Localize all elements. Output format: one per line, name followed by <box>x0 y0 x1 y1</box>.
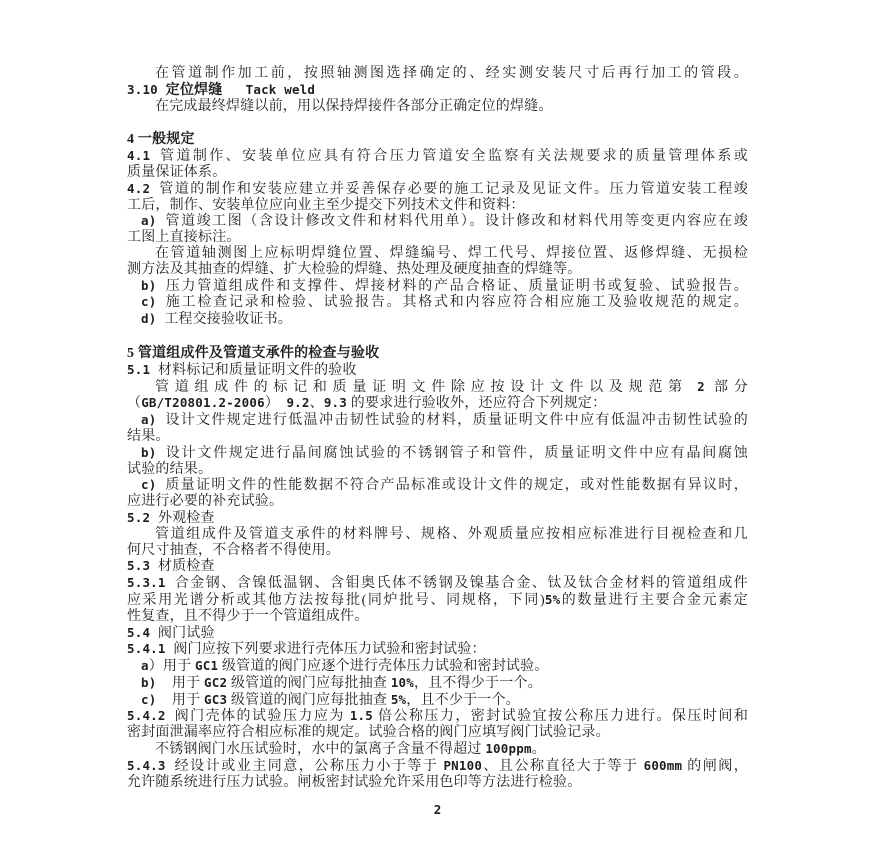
cjk-text: ，且不少于一个。 <box>406 693 520 708</box>
cjk-text: 级管道的阀门应每批抽查 <box>227 676 391 691</box>
text-line: 工后，制作、安装单位应向业主至少提交下列技术文件和资料： <box>127 198 748 214</box>
cjk-text: 部分 <box>705 380 748 395</box>
document-body: 在管道制作加工前，按照轴测图选择确定的、经实测安装尺寸后再行加工的管段。3.10… <box>127 66 748 817</box>
ascii-text: 600mm <box>644 758 683 773</box>
cjk-text: 在完成最终焊缝以前，用以保持焊接件各部分正确定位的焊缝。 <box>155 99 553 114</box>
text-line: 管道组成件及管道支承件的材料牌号、规格、外观质量应按相应标准进行目视检查和几 <box>127 527 748 543</box>
ascii-text: 5.4.1 <box>127 641 173 656</box>
ascii-text: b) <box>141 445 166 460</box>
ascii-text: 4.2 <box>127 181 159 196</box>
cjk-text: 。 <box>532 742 546 757</box>
page-number: 2 <box>127 802 748 817</box>
cjk-text: （ <box>127 396 141 411</box>
text-line: b) 压力管道组成件和支撑件、焊接材料的产品合格证、质量证明书或复验、试验报告。 <box>127 278 748 295</box>
ascii-text: Tack weld <box>222 82 315 97</box>
ascii-text: 5.3 <box>127 558 158 573</box>
cjk-text: 的闸阀， <box>682 759 748 774</box>
text-line: 5.4.3 经设计或业主同意，公称压力小于等于 PN100、且公称直径大于等于 … <box>127 758 748 775</box>
cjk-text: 的数量进行主要合金元素定 <box>560 593 748 608</box>
cjk-text: 、 <box>310 396 324 411</box>
text-line: 5.4.1 阀门应按下列要求进行壳体压力试验和密封试验： <box>127 641 748 658</box>
text-line: a) 管道竣工图（含设计修改文件和材料代用单）。设计修改和材料代用等变更内容应在… <box>127 213 748 230</box>
ascii-text: d) <box>141 311 164 326</box>
cjk-text: 阀门应按下列要求进行壳体压力试验和密封试验： <box>173 642 485 657</box>
ascii-text: GC2 <box>204 675 227 690</box>
text-line: c) 用于 GC3 级管道的阀门应每批抽查 5%，且不少于一个。 <box>127 692 748 709</box>
ascii-text: 2 <box>697 379 705 394</box>
text-line: 5.4 阀门试验 <box>127 625 748 642</box>
text-line: 性复查，且不得少于一个管道组成件。 <box>127 609 748 625</box>
ascii-text: 5.4.3 <box>127 758 175 773</box>
cjk-text: 定位焊缝 <box>166 83 223 98</box>
ascii-text: 5.1 <box>127 362 158 377</box>
cjk-text: ，且不得少于一个。 <box>414 676 542 691</box>
ascii-text: a) <box>141 213 166 228</box>
cjk-text: 应进行必要的补充试验。 <box>127 494 283 509</box>
ascii-text: b) <box>141 675 172 690</box>
cjk-text: 级管道的阀门应每批抽查 <box>227 693 391 708</box>
cjk-text: 结果。 <box>127 429 170 444</box>
text-line: （GB/T20801.2-2006） 9.2、9.3 的要求进行验收外，还应符合… <box>127 395 748 412</box>
text-line: 不锈钢阀门水压试验时，水中的氯离子含量不得超过 100ppm。 <box>127 741 748 758</box>
ascii-text: 10% <box>391 675 414 690</box>
text-line: 5.3 材质检查 <box>127 558 748 575</box>
cjk-text: 管道制作、安装单位应具有符合压力管道安全监察有关法规要求的质量管理体系或 <box>160 149 748 164</box>
text-line: a) 设计文件规定进行低温冲击韧性试验的材料，质量证明文件中应有低温冲击韧性试验… <box>127 412 748 429</box>
cjk-text: 材料标记和质量证明文件的验收 <box>158 363 357 378</box>
ascii-text: 1.5 <box>350 708 373 723</box>
cjk-text: 管道竣工图（含设计修改文件和材料代用单）。设计修改和材料代用等变更内容应在竣 <box>166 214 748 229</box>
ascii-text: c) <box>141 692 172 707</box>
text-line: 5.3.1 合金钢、含镍低温钢、含钼奥氏体不锈钢及镍基合金、钛及钛合金材料的管道… <box>127 575 748 592</box>
text-line: a）用于 GC1 级管道的阀门应逐个进行壳体压力试验和密封试验。 <box>127 658 748 675</box>
text-line: 5.4.2 阀门壳体的试验压力应为 1.5 倍公称压力，密封试验宜按公称压力进行… <box>127 708 748 725</box>
cjk-text: 管道组成件及管道支承件的材料牌号、规格、外观质量应按相应标准进行目视检查和几 <box>155 527 748 542</box>
text-line: b) 设计文件规定进行晶间腐蚀试验的不锈钢管子和管件，质量证明文件中应有晶间腐蚀 <box>127 445 748 462</box>
text-line: c) 质量证明文件的性能数据不符合产品标准或设计文件的规定，或对性能数据有异议时… <box>127 477 748 494</box>
cjk-text: 工程交接验收证书。 <box>164 312 292 327</box>
ascii-text: 5% <box>545 592 560 607</box>
cjk-text: 倍公称压力，密封试验宜按公称压力进行。保压时间和 <box>373 709 748 724</box>
text-line: 4.1 管道制作、安装单位应具有符合压力管道安全监察有关法规要求的质量管理体系或 <box>127 148 748 165</box>
cjk-text: 密封面泄漏率应符合相应标准的规定。试验合格的阀门应填写阀门试验记录。 <box>127 725 610 740</box>
ascii-text: GC3 <box>204 692 227 707</box>
cjk-text: 设计文件规定进行低温冲击韧性试验的材料，质量证明文件中应有低温冲击韧性试验的 <box>165 413 748 428</box>
document-page: 在管道制作加工前，按照轴测图选择确定的、经实测安装尺寸后再行加工的管段。3.10… <box>0 0 870 842</box>
section-heading: 5 管道组成件及管道支承件的检查与验收 <box>127 346 748 362</box>
cjk-text: 工后，制作、安装单位应向业主至少提交下列技术文件和资料： <box>127 198 525 213</box>
paragraph-gap <box>127 114 748 132</box>
text-line: d) 工程交接验收证书。 <box>127 311 748 328</box>
cjk-text: ）用于 <box>149 659 195 674</box>
text-line: 在管道制作加工前，按照轴测图选择确定的、经实测安装尺寸后再行加工的管段。 <box>127 66 748 82</box>
text-line: 应进行必要的补充试验。 <box>127 494 748 510</box>
ascii-text: 4.1 <box>127 148 160 163</box>
text-line: 质量保证体系。 <box>127 165 748 181</box>
text-line: 允许随系统进行压力试验。闸板密封试验允许采用色印等方法进行检验。 <box>127 775 748 791</box>
cjk-text: 在管道制作加工前，按照轴测图选择确定的、经实测安装尺寸后再行加工的管段。 <box>155 66 748 81</box>
text-line: 管道组成件的标记和质量证明文件除应按设计文件以及规范第 2 部分 <box>127 379 748 396</box>
cjk-text: 试验的结果。 <box>127 462 212 477</box>
text-line: 应采用光谱分析或其他方法按每批(同炉批号、同规格，下同)5%的数量进行主要合金元… <box>127 592 748 609</box>
text-line: c) 施工检查记录和检验、试验报告。其格式和内容应符合相应施工及验收规范的规定。 <box>127 294 748 311</box>
cjk-text: 压力管道组成件和支撑件、焊接材料的产品合格证、质量证明书或复验、试验报告。 <box>166 279 748 294</box>
ascii-text: 9.2 <box>286 395 309 410</box>
text-line: 测方法及其抽查的焊缝、扩大检验的焊缝、热处理及硬度抽查的焊缝等。 <box>127 262 748 278</box>
ascii-text: PN100 <box>443 758 482 773</box>
ascii-text: GC1 <box>195 658 218 673</box>
ascii-text: 3.10 <box>127 82 166 97</box>
text-line: 何尺寸抽查，不合格者不得使用。 <box>127 543 748 559</box>
cjk-text: 施工检查记录和检验、试验报告。其格式和内容应符合相应施工及验收规范的规定。 <box>166 295 748 310</box>
cjk-text: 、且公称直径大于等于 <box>482 759 644 774</box>
cjk-text: 允许随系统进行压力试验。闸板密封试验允许采用色印等方法进行检验。 <box>127 775 581 790</box>
cjk-text: 合金钢、含镍低温钢、含钼奥氏体不锈钢及镍基合金、钛及钛合金材料的管道组成件 <box>175 576 748 591</box>
cjk-text: 材质检查 <box>158 559 215 574</box>
ascii-text: 100ppm <box>485 741 531 756</box>
cjk-text: 阀门试验 <box>158 626 215 641</box>
text-line: 在完成最终焊缝以前，用以保持焊接件各部分正确定位的焊缝。 <box>127 99 748 115</box>
cjk-text: 何尺寸抽查，不合格者不得使用。 <box>127 543 340 558</box>
text-line: b) 用于 GC2 级管道的阀门应每批抽查 10%，且不得少于一个。 <box>127 675 748 692</box>
cjk-text: 质量保证体系。 <box>127 165 226 180</box>
ascii-text: a) <box>141 412 165 427</box>
section-heading: 3.10 定位焊缝 Tack weld <box>127 82 748 99</box>
cjk-text: 测方法及其抽查的焊缝、扩大检验的焊缝、热处理及硬度抽查的焊缝等。 <box>127 262 581 277</box>
ascii-text: 5.4 <box>127 625 158 640</box>
cjk-text: 设计文件规定进行晶间腐蚀试验的不锈钢管子和管件，质量证明文件中应有晶间腐蚀 <box>166 446 748 461</box>
cjk-text: 工图上直接标注。 <box>127 230 241 245</box>
cjk-text: 外观检查 <box>158 511 215 526</box>
ascii-text: 5.3.1 <box>127 575 175 590</box>
cjk-text: 用于 <box>172 676 204 691</box>
ascii-text: b) <box>141 278 166 293</box>
text-line: 在管道轴测图上应标明焊缝位置、焊缝编号、焊工代号、焊接位置、返修焊缝、无损检 <box>127 246 748 262</box>
cjk-text: 管道的制作和安装应建立并妥善保存必要的施工记录及见证文件。压力管道安装工程竣 <box>159 182 748 197</box>
ascii-text: GB/T20801.2-2006 <box>141 395 265 410</box>
text-line: 5.1 材料标记和质量证明文件的验收 <box>127 362 748 379</box>
ascii-text: c) <box>141 294 166 309</box>
text-line: 结果。 <box>127 429 748 445</box>
ascii-text: 5.4.2 <box>127 708 175 723</box>
ascii-text: 5.2 <box>127 510 158 525</box>
text-line: 工图上直接标注。 <box>127 230 748 246</box>
cjk-text: 管道组成件的标记和质量证明文件除应按设计文件以及规范第 <box>155 380 697 395</box>
cjk-text: 质量证明文件的性能数据不符合产品标准或设计文件的规定，或对性能数据有异议时， <box>165 478 748 493</box>
cjk-text: 应采用光谱分析或其他方法按每批(同炉批号、同规格，下同) <box>127 593 545 608</box>
text-line: 4.2 管道的制作和安装应建立并妥善保存必要的施工记录及见证文件。压力管道安装工… <box>127 181 748 198</box>
ascii-text: 9.3 <box>324 395 347 410</box>
text-line: 密封面泄漏率应符合相应标准的规定。试验合格的阀门应填写阀门试验记录。 <box>127 725 748 741</box>
cjk-text: 在管道轴测图上应标明焊缝位置、焊缝编号、焊工代号、焊接位置、返修焊缝、无损检 <box>155 246 748 261</box>
cjk-text: 经设计或业主同意，公称压力小于等于 <box>175 759 444 774</box>
ascii-text: 5% <box>391 692 406 707</box>
cjk-text: ） <box>265 396 287 411</box>
cjk-text: 不锈钢阀门水压试验时，水中的氯离子含量不得超过 <box>155 742 485 757</box>
paragraph-gap <box>127 328 748 346</box>
cjk-text: 性复查，且不得少于一个管道组成件。 <box>127 609 368 624</box>
cjk-text: 级管道的阀门应逐个进行壳体压力试验和密封试验。 <box>218 659 548 674</box>
cjk-text: 5 管道组成件及管道支承件的检查与验收 <box>127 346 379 361</box>
cjk-text: 4 一般规定 <box>127 132 195 147</box>
cjk-text: 阀门壳体的试验压力应为 <box>175 709 350 724</box>
section-heading: 4 一般规定 <box>127 132 748 148</box>
cjk-text: 用于 <box>172 693 204 708</box>
text-line: 5.2 外观检查 <box>127 510 748 527</box>
ascii-text: a <box>141 658 149 673</box>
ascii-text: c) <box>141 477 165 492</box>
text-line: 试验的结果。 <box>127 462 748 478</box>
cjk-text: 的要求进行验收外，还应符合下列规定： <box>347 396 606 411</box>
